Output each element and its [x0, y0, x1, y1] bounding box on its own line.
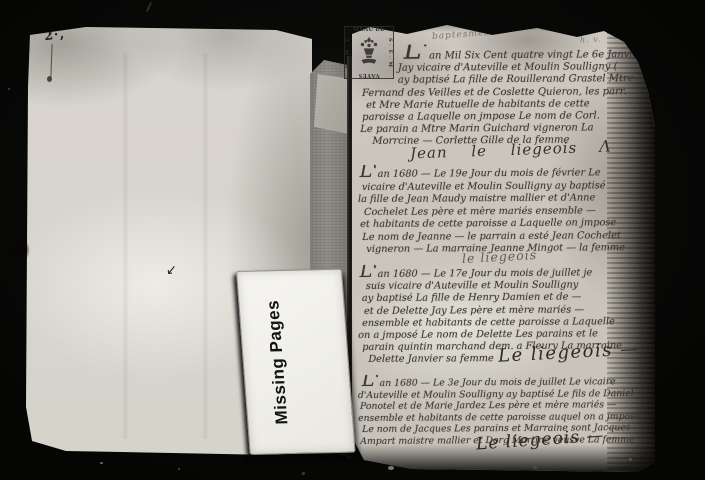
- missing-pages-label: Missing Pages: [262, 279, 294, 445]
- register-book-scan: 2·, ↙ baptesmes h. v. L'an Mil Six Cent …: [0, 0, 705, 480]
- stamp-bottom-text: VAYES: [345, 72, 393, 78]
- stamp-left-text: N◦M◦E: [345, 34, 352, 71]
- missing-pages-card: Missing Pages: [236, 269, 356, 455]
- dust-speck: [533, 466, 537, 469]
- archive-stamp: MEAU DE VAYES N◦M◦E S◦E◦M: [344, 26, 394, 79]
- right-manuscript-page: baptesmes h. v. L'an Mil Six Cent quatre…: [352, 22, 655, 472]
- dust-speck: [100, 462, 103, 464]
- thread-fragment: [146, 2, 152, 12]
- baptism-entry-1: L'an Mil Six Cent quatre vingt Le 6e Jan…: [358, 43, 651, 149]
- dust-speck: [8, 88, 10, 90]
- signature-text: Jean le liegeois: [410, 139, 578, 163]
- page-top-shadow: [352, 22, 655, 32]
- manuscript-line: L'an Mil Six Cent quatre vingt Le 6e Jan…: [358, 43, 650, 63]
- stamp-right-text: S◦E◦M: [386, 34, 393, 71]
- manuscript-line: L'an 1680 — Le 19e Jour du mois de févri…: [358, 163, 650, 182]
- urn-flowers-emblem-icon: [357, 36, 381, 68]
- baptism-entry-2: L'an 1680 — Le 19e Jour du mois de févri…: [358, 163, 651, 257]
- stamp-top-text: MEAU DE: [345, 27, 393, 33]
- dust-speck: [302, 472, 305, 475]
- dust-speck: [178, 468, 180, 470]
- manuscript-line: L'an 1680 — Le 3e Jour du mois de juille…: [358, 373, 650, 390]
- ink-blot: [47, 76, 52, 82]
- manuscript-line: ensemble et habitants de cette paroisse …: [358, 316, 650, 330]
- page-bottom-shadow: [352, 444, 655, 472]
- folio-ink-mark: 2·,: [43, 27, 66, 45]
- manuscript-line: Fernand des Veilles et de Coslette Quier…: [358, 86, 650, 100]
- dust-speck: [629, 458, 632, 461]
- page-fold-line: [202, 53, 209, 439]
- ink-stain: [10, 238, 30, 262]
- arrow-ink-mark: ↙: [165, 262, 177, 278]
- ink-stroke: [50, 44, 52, 77]
- torn-page-fragment: [314, 74, 350, 134]
- dust-speck: [388, 466, 394, 470]
- page-fold-line: [122, 53, 129, 439]
- paraph-flourish: Λ: [599, 137, 611, 156]
